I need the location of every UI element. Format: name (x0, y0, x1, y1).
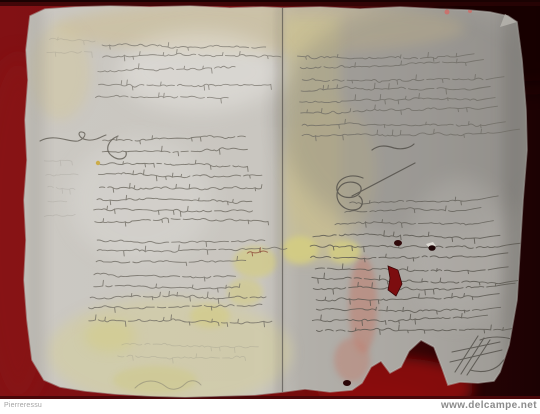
watermark-strip: Pierreressu www.delcampe.net (0, 399, 540, 414)
centre-fold-line (276, 6, 283, 396)
site-watermark: www.delcampe.net (441, 400, 537, 411)
manuscript-photo-svg (0, 0, 540, 399)
manuscript-photo (0, 0, 540, 399)
seller-watermark: Pierreressu (4, 402, 42, 409)
gold-speck (96, 161, 100, 165)
manuscript-paper (24, 2, 540, 399)
delcampe-item-image: Pierreressu www.delcampe.net (0, 0, 540, 414)
wax-speck (445, 10, 450, 15)
